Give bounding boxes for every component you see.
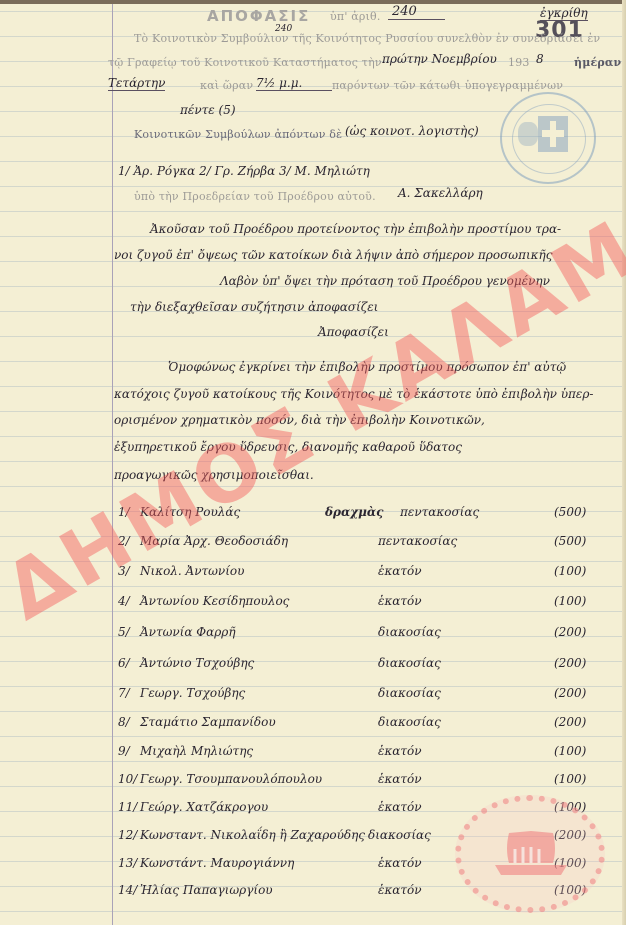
decision-heading: Ἀποφασίζει	[318, 325, 389, 339]
row-amount: (100)	[554, 564, 586, 578]
row-amount-text: ἑκατόν	[378, 744, 422, 758]
row-name: Γεωργ. Τσχούβης	[140, 686, 245, 700]
list-item: 10/ Γεωργ. Τσουμπανουλόπουλου ἑκατόν (10…	[118, 772, 613, 792]
row-amount-text: διακοσίας	[378, 625, 441, 639]
decision-number: 240	[388, 4, 445, 20]
crown-icon	[518, 122, 538, 146]
list-item: 5/ Ἀντωνία Φαρρῆ διακοσίας (200)	[118, 625, 613, 645]
row-name: Ἠλίας Παπαγιωργίου	[140, 883, 273, 897]
row-amount-text: πεντακοσίας	[400, 505, 479, 519]
row-name: Σταμάτιο Σαμπανίδου	[140, 715, 276, 729]
row-name: Μαρία Ἀρχ. Θεοδοσιάδη	[140, 534, 288, 548]
list-item: 8/ Σταμάτιο Σαμπανίδου διακοσίας (200)	[118, 715, 613, 735]
list-item: 2/ Μαρία Ἀρχ. Θεοδοσιάδη πεντακοσίας (50…	[118, 534, 613, 554]
list-item: 1/ Καλίτση Ρουλάς πεντακοσίας (500)	[118, 505, 613, 525]
council-members: 1/ Ἀρ. Ρόγκα 2/ Γρ. Ζήρβα 3/ Μ. Μηλιώτη	[118, 164, 370, 178]
row-index: 11/	[118, 800, 137, 814]
row-amount: (200)	[554, 715, 586, 729]
row-amount-text: διακοσίας	[378, 686, 441, 700]
row-index: 9/	[118, 744, 130, 758]
row-amount-text: διακοσίας	[368, 828, 431, 842]
row-name: Κωνστάντ. Μαυρογιάννη	[140, 856, 294, 870]
row-amount-text: ἑκατόν	[378, 856, 422, 870]
row-name: Ἀντώνιο Τσχούβης	[140, 656, 254, 670]
list-item: 4/ Ἀντωνίου Κεσίδηπουλος ἑκατόν (100)	[118, 594, 613, 614]
row-amount: (200)	[554, 686, 586, 700]
row-amount-text: ἑκατόν	[378, 883, 422, 897]
cross-icon	[538, 116, 568, 152]
para3-line5: προαγωγικῶς χρησιμοποιεῖσθαι.	[114, 468, 314, 482]
row-index: 12/	[118, 828, 137, 842]
list-item: 7/ Γεωργ. Τσχούβης διακοσίας (200)	[118, 686, 613, 706]
ship-seal	[455, 795, 605, 913]
row-index: 3/	[118, 564, 130, 578]
row-name: Ἀντωνία Φαρρῆ	[140, 625, 236, 639]
para1-line1: Ἀκοῦσαν τοῦ Προέδρου προτείνοντος τὴν ἐπ…	[150, 222, 561, 236]
row-name: Ἀντωνίου Κεσίδηπουλος	[140, 594, 289, 608]
page-right-edge	[622, 0, 626, 925]
row-index: 10/	[118, 772, 137, 786]
row-index: 1/	[118, 505, 130, 519]
ancient-ship-icon	[491, 819, 571, 889]
para1-line2: νοι ζυγοῦ ἐπ' ὄψεως τῶν κατοίκων διὰ λήψ…	[114, 248, 552, 262]
document-title: ΑΠΟΦΑΣΙΣ	[207, 7, 310, 25]
row-amount: (500)	[554, 534, 586, 548]
row-name: Γεωργ. Τσουμπανουλόπουλου	[140, 772, 322, 786]
margin-rule	[112, 4, 113, 925]
row-index: 13/	[118, 856, 137, 870]
para3-line4: ἐξυπηρετικοῦ ἔργου ὕδρευσις, διανομῆς κα…	[114, 440, 462, 454]
row-amount: (100)	[554, 744, 586, 758]
document-page: ΑΠΟΦΑΣΙΣ ὑπ' ἀριθ. 240 ἐγκρίθη 301 240 Τ…	[0, 0, 626, 925]
time-label: καὶ ὥραν	[200, 79, 253, 92]
row-index: 8/	[118, 715, 130, 729]
year-digit: 8	[536, 52, 544, 66]
row-amount-text: διακοσίας	[378, 656, 441, 670]
presidency-line: ὑπὸ τὴν Προεδρείαν τοῦ Προέδρου αὐτοῦ.	[134, 190, 376, 203]
preamble-line-1: Τὸ Κοινοτικὸν Συμβούλιον τῆς Κοινότητος …	[134, 32, 600, 45]
row-index: 2/	[118, 534, 130, 548]
list-item: 9/ Μιχαὴλ Μηλιώτης ἑκατόν (100)	[118, 744, 613, 764]
day-label: ἡμέραν	[574, 56, 621, 69]
row-amount-text: ἑκατόν	[378, 800, 422, 814]
row-name: Γεώργ. Χατζάκρογου	[140, 800, 268, 814]
year-prefix: 193	[508, 56, 530, 69]
present-count: πέντε (5)	[180, 103, 236, 117]
para3-line3: ορισμένον χρηματικὸν ποσόν, διὰ τὴν ἐπιβ…	[114, 413, 485, 427]
row-amount: (200)	[554, 625, 586, 639]
para2-line2: τὴν διεξαχθεῖσαν συζήτησιν ἀποφασίζει	[130, 300, 378, 314]
para3-line2: κατόχοις ζυγοῦ κατοίκους τῆς Κοινότητος …	[114, 387, 593, 401]
row-amount: (100)	[554, 772, 586, 786]
coat-of-arms-seal	[500, 92, 596, 184]
row-index: 14/	[118, 883, 137, 897]
row-amount: (100)	[554, 594, 586, 608]
list-item: 6/ Ἀντώνιο Τσχούβης διακοσίας (200)	[118, 656, 613, 676]
row-amount-text: διακοσίας	[378, 715, 441, 729]
row-amount: (200)	[554, 656, 586, 670]
meeting-day: Τετάρτην	[108, 76, 165, 91]
meeting-time: 7½ μ.μ.	[256, 76, 332, 91]
list-item: 3/ Νικολ. Ἀντωνίου ἑκατόν (100)	[118, 564, 613, 584]
row-name: Καλίτση Ρουλάς	[140, 505, 240, 519]
row-name: Μιχαὴλ Μηλιώτης	[140, 744, 253, 758]
row-index: 5/	[118, 625, 130, 639]
row-name: Κωνσταντ. Νικολαΐδη ἢ Ζαχαρούδης	[140, 828, 365, 842]
row-amount-text: ἑκατόν	[378, 564, 422, 578]
row-index: 7/	[118, 686, 130, 700]
present-label: παρόντων τῶν κάτωθι ὑπογεγραμμένων	[332, 79, 563, 92]
meeting-date: πρώτην Νοεμβρίου	[382, 52, 497, 66]
row-amount-text: ἑκατόν	[378, 772, 422, 786]
para3-line1: Ὁμοφώνως ἐγκρίνει τὴν ἐπιβολὴν προστίμου…	[168, 360, 566, 374]
row-index: 6/	[118, 656, 130, 670]
row-name: Νικολ. Ἀντωνίου	[140, 564, 244, 578]
para2-line1: Λαβὸν ὑπ' ὄψει τὴν πρόταση τοῦ Προέδρου …	[220, 274, 550, 288]
row-index: 4/	[118, 594, 130, 608]
number-label: ὑπ' ἀριθ.	[330, 10, 381, 23]
page-top-edge	[0, 0, 626, 4]
preamble-line-2a: τῷ Γραφείῳ τοῦ Κοινοτικοῦ Καταστήματος τ…	[108, 56, 382, 69]
row-amount-text: πεντακοσίας	[378, 534, 457, 548]
row-amount-text: ἑκατόν	[378, 594, 422, 608]
absent-member: (ὡς κοινοτ. λογιστὴς)	[345, 124, 479, 138]
secretary-name: Α. Σακελλάρη	[398, 186, 483, 200]
row-amount: (500)	[554, 505, 586, 519]
absent-label: Κοινοτικῶν Συμβούλων ἀπόντων δὲ	[134, 128, 342, 141]
